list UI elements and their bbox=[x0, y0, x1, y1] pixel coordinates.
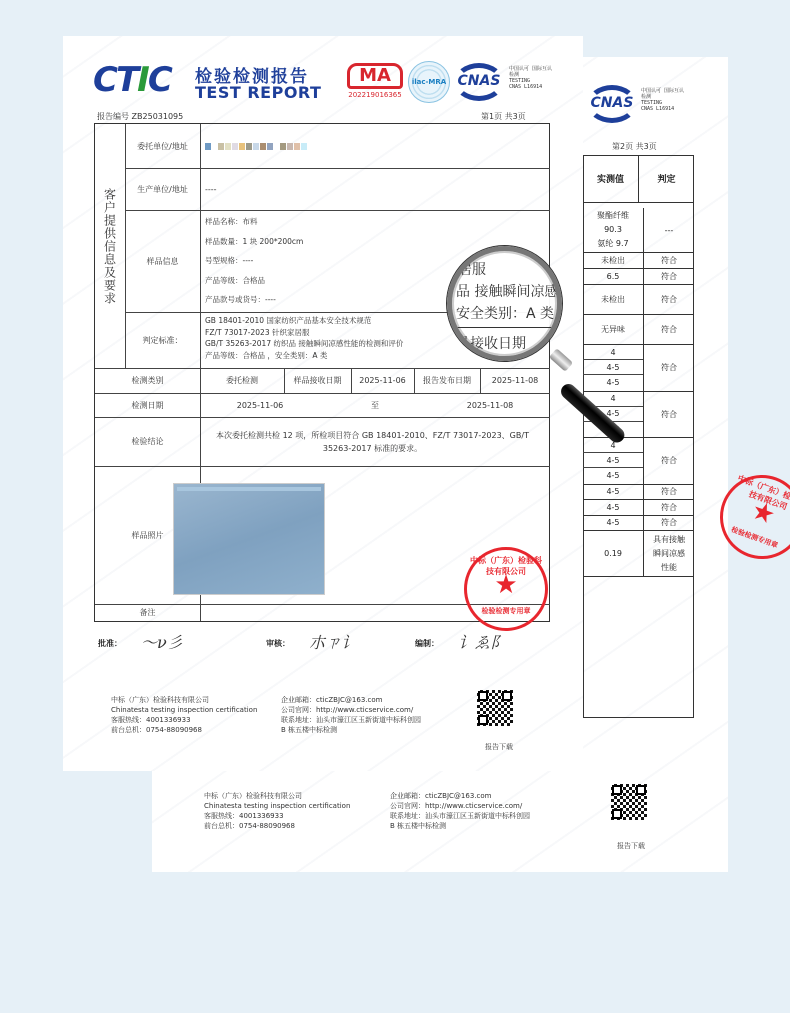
official-seal: 中标（广东）检验科技有限公司 ★ 检验检测专用章 bbox=[708, 463, 790, 571]
client-label: 委托单位/地址 bbox=[125, 124, 200, 168]
footer-contact: 企业邮箱：cticZBJC@163.com 公司官网：http://www.ct… bbox=[281, 695, 421, 735]
verdict: 符合 bbox=[644, 253, 694, 268]
qr-code-icon[interactable] bbox=[477, 690, 513, 726]
official-seal: 中标（广东）检验科技有限公司 ★ 检验检测专用章 bbox=[464, 547, 548, 631]
review-signature: 朩ㄗ讠 bbox=[309, 630, 357, 653]
compile-signature: 讠ゑ阝 bbox=[458, 630, 506, 653]
measured-value: 未检出 bbox=[583, 285, 644, 314]
results-table-header: 实测值 判定 bbox=[583, 155, 694, 203]
report-title-en: TEST REPORT bbox=[195, 83, 321, 102]
issue-date-value: 2025-11-08 bbox=[480, 368, 550, 393]
verdict: 符合 bbox=[644, 269, 694, 284]
measured-value: 聚酯纤维90.3氨纶 9.7 bbox=[583, 208, 644, 252]
cnas-caption: 中国认可 国际互认 检测 TESTING CNAS L16914 bbox=[641, 88, 691, 112]
table-row: 0.19具有接触瞬间凉感性能 bbox=[583, 531, 694, 577]
test-date-to: 2025-11-08 bbox=[430, 393, 550, 417]
producer-label: 生产单位/地址 bbox=[125, 168, 200, 210]
section-label: 客户提供信息及要求 bbox=[95, 124, 125, 368]
table-row: 无异味符合 bbox=[583, 315, 694, 345]
report-page-1: CTIC 检验检测报告 TEST REPORT MA 202219016365 … bbox=[63, 36, 583, 771]
test-type-value: 委托检测 bbox=[200, 368, 284, 393]
verdict: --- bbox=[644, 208, 694, 252]
measured-value: 未检出 bbox=[583, 253, 644, 268]
footer-contact: 企业邮箱：cticZBJC@163.com 公司官网：http://www.ct… bbox=[390, 791, 530, 831]
producer-value: ---- bbox=[205, 168, 545, 210]
footer-company: 中标（广东）检验科技有限公司 Chinatesta testing inspec… bbox=[111, 695, 257, 735]
measured-value: 4-5 bbox=[583, 500, 644, 515]
magnifier-lens: 居服 品 接触瞬间凉感 安全类别：A 类 品接收日期 bbox=[447, 246, 562, 361]
measured-value: 4-5 bbox=[583, 516, 644, 531]
verdict: 符合 bbox=[644, 315, 694, 344]
approve-label: 批准： bbox=[98, 638, 122, 649]
cnas-logo: CNAS bbox=[454, 63, 504, 101]
sample-photo bbox=[173, 483, 325, 595]
measured-value: 44-54-5 bbox=[583, 345, 644, 391]
approve-signature: 〜ν彡 bbox=[141, 630, 183, 653]
footer-company: 中标（广东）检验科技有限公司 Chinatesta testing inspec… bbox=[204, 791, 350, 831]
table-row: 6.5符合 bbox=[583, 269, 694, 285]
review-label: 审核： bbox=[266, 638, 290, 649]
sample-info-label: 样品信息 bbox=[125, 210, 200, 312]
page-indicator: 第1页 共3页 bbox=[481, 111, 526, 122]
conclusion-text: 本次委托检测共检 12 项，所检项目符合 GB 18401-2010、FZ/T … bbox=[210, 417, 535, 466]
remarks-label: 备注 bbox=[95, 604, 200, 621]
header-measured-value: 实测值 bbox=[583, 155, 639, 202]
table-row: 44-54-5符合 bbox=[583, 438, 694, 485]
table-row: 4-5符合 bbox=[583, 516, 694, 532]
table-row: 未检出符合 bbox=[583, 285, 694, 315]
measured-value: 4-5 bbox=[583, 485, 644, 500]
conclusion-label: 检验结论 bbox=[95, 417, 200, 466]
cnas-caption: 中国认可 国际互认 检测 TESTING CNAS L16914 bbox=[509, 66, 559, 90]
client-value-redacted bbox=[205, 124, 545, 168]
test-date-label: 检测日期 bbox=[95, 393, 200, 417]
table-row: 4-5符合 bbox=[583, 500, 694, 516]
qr-label: 报告下载 bbox=[485, 742, 513, 752]
receive-date-value: 2025-11-06 bbox=[351, 368, 414, 393]
header-verdict: 判定 bbox=[639, 155, 694, 202]
qr-label: 报告下载 bbox=[617, 841, 645, 851]
ctic-logo: CTIC bbox=[93, 60, 171, 100]
compile-label: 编制： bbox=[415, 638, 439, 649]
verdict: 符合 bbox=[644, 485, 694, 500]
cma-logo: MA 202219016365 bbox=[346, 63, 404, 99]
measured-value: 0.19 bbox=[583, 531, 644, 576]
table-row: 44-54-5符合 bbox=[583, 345, 694, 392]
test-date-to-word: 至 bbox=[320, 393, 430, 417]
measured-value: 6.5 bbox=[583, 269, 644, 284]
standards-label: 判定标准： bbox=[125, 312, 200, 368]
star-icon: ★ bbox=[467, 572, 545, 598]
verdict: 具有接触瞬间凉感性能 bbox=[644, 531, 694, 576]
verdict: 符合 bbox=[644, 516, 694, 531]
cnas-logo: CNAS bbox=[587, 85, 637, 123]
table-row: 未检出符合 bbox=[583, 253, 694, 269]
verdict: 符合 bbox=[644, 285, 694, 314]
magnifier-neck bbox=[549, 348, 573, 372]
verdict: 符合 bbox=[644, 438, 694, 484]
table-row: 4-5符合 bbox=[583, 485, 694, 501]
measured-value: 44-54-5 bbox=[583, 438, 644, 484]
measured-value: 无异味 bbox=[583, 315, 644, 344]
qr-code-icon[interactable] bbox=[611, 784, 647, 820]
verdict: 符合 bbox=[644, 345, 694, 391]
test-date-from: 2025-11-06 bbox=[200, 393, 320, 417]
ilac-mra-logo: ilac-MRA bbox=[408, 61, 450, 103]
receive-date-label: 样品接收日期 bbox=[284, 368, 351, 393]
test-type-label: 检测类别 bbox=[95, 368, 200, 393]
issue-date-label: 报告发布日期 bbox=[414, 368, 480, 393]
report-number: 报告编号 ZB25031095 bbox=[97, 111, 183, 122]
verdict: 符合 bbox=[644, 392, 694, 438]
verdict: 符合 bbox=[644, 500, 694, 515]
page-indicator: 第2页 共3页 bbox=[612, 141, 657, 152]
table-row: 聚酯纤维90.3氨纶 9.7--- bbox=[583, 208, 694, 253]
